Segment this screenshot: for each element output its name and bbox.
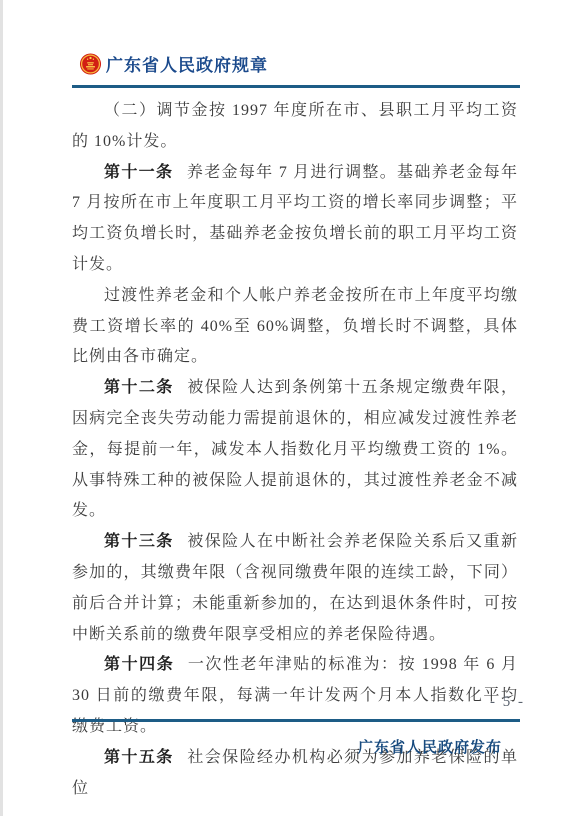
footer-rule-line xyxy=(72,719,520,722)
document-page: 广东省人民政府规章 （二）调节金按 1997 年度所在市、县职工月平均工资的 1… xyxy=(0,0,585,816)
article-number-heading: 第十四条 xyxy=(104,656,174,673)
document-body: （二）调节金按 1997 年度所在市、县职工月平均工资的 10%计发。 第十一条… xyxy=(72,96,518,804)
footer-publisher: 广东省人民政府发布 xyxy=(358,736,502,757)
body-paragraph: 第十三条被保险人在中断社会养老保险关系后又重新参加的，其缴费年限（含视同缴费年限… xyxy=(72,527,518,650)
article-number-heading: 第十五条 xyxy=(104,749,174,766)
body-paragraph: 过渡性养老金和个人帐户养老金按所在市上年度平均缴费工资增长率的 40%至 60%… xyxy=(72,281,518,373)
article-number-heading: 第十一条 xyxy=(104,164,173,181)
paragraph-text: （二）调节金按 1997 年度所在市、县职工月平均工资的 10%计发。 xyxy=(72,102,518,150)
body-paragraph: 第十一条养老金每年 7 月进行调整。基础养老金每年 7 月按所在市上年度职工月平… xyxy=(72,158,518,281)
page-number: - 5 - xyxy=(490,694,525,711)
china-national-emblem-icon xyxy=(79,52,102,76)
article-number-heading: 第十二条 xyxy=(104,379,174,396)
body-paragraph: 第十四条一次性老年津贴的标准为：按 1998 年 6 月 30 日前的缴费年限，… xyxy=(72,650,518,742)
paragraph-text: 过渡性养老金和个人帐户养老金按所在市上年度平均缴费工资增长率的 40%至 60%… xyxy=(72,287,518,366)
article-number-heading: 第十三条 xyxy=(104,533,174,550)
body-paragraph: 第十二条被保险人达到条例第十五条规定缴费年限，因病完全丧失劳动能力需提前退休的，… xyxy=(72,373,518,527)
page-header: 广东省人民政府规章 xyxy=(79,51,268,76)
body-paragraph: （二）调节金按 1997 年度所在市、县职工月平均工资的 10%计发。 xyxy=(72,96,518,158)
header-title: 广东省人民政府规章 xyxy=(106,51,268,76)
header-rule-line xyxy=(72,85,520,88)
paragraph-text: 被保险人达到条例第十五条规定缴费年限，因病完全丧失劳动能力需提前退休的，相应减发… xyxy=(72,379,518,519)
scan-edge-artifact xyxy=(0,0,3,816)
